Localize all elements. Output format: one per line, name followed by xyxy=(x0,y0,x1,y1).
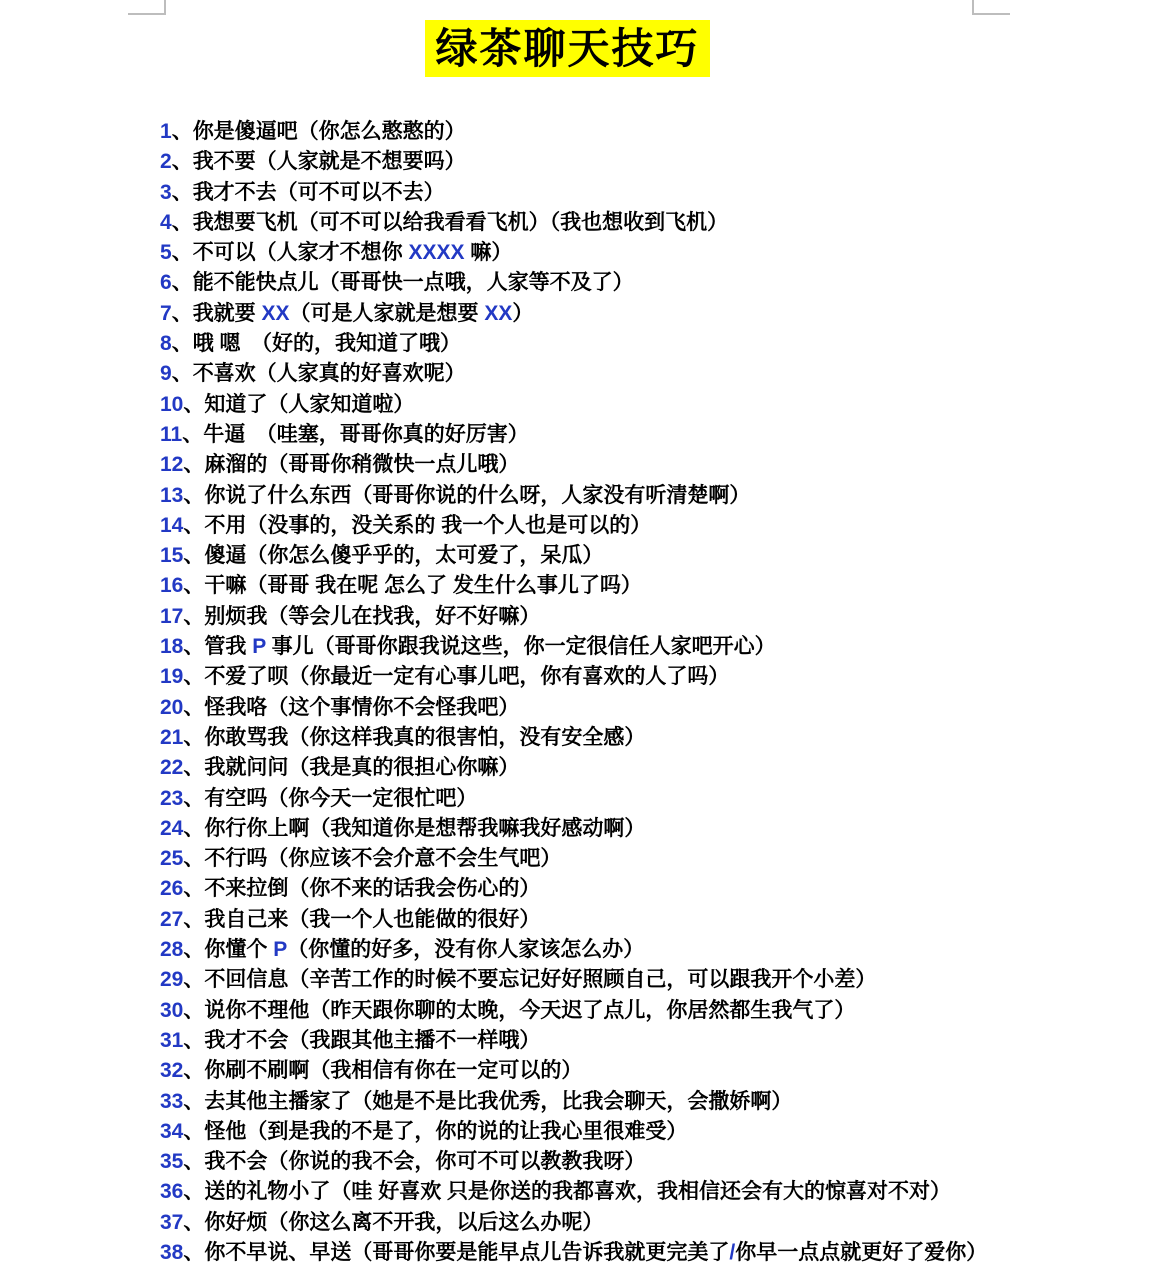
item-number: 9 xyxy=(160,362,172,385)
item-number: 37 xyxy=(160,1211,183,1234)
item-text: 不爱了呗（你最近一定有心事儿吧，你有喜欢的人了吗） xyxy=(204,665,729,688)
item-text: 不行吗（你应该不会介意不会生气吧） xyxy=(204,847,561,870)
list-item: 30、说你不理他（昨天跟你聊的太晚，今天迟了点儿，你居然都生我气了） xyxy=(160,996,1150,1026)
list-item: 26、不来拉倒（你不来的话我会伤心的） xyxy=(160,874,1150,904)
item-text: 你刷不刷啊（我相信有你在一定可以的） xyxy=(204,1059,582,1082)
list-item: 37、你好烦（你这么离不开我，以后这么办呢） xyxy=(160,1208,1150,1238)
item-number-separator: 、 xyxy=(172,181,193,204)
item-number: 6 xyxy=(160,271,172,294)
item-text: 你好烦（你这么离不开我，以后这么办呢） xyxy=(204,1211,603,1234)
item-text: 管我 P 事儿（哥哥你跟我说这些，你一定很信任人家吧开心） xyxy=(204,635,775,658)
item-text: 我自己来（我一个人也能做的很好） xyxy=(204,908,540,931)
item-number: 2 xyxy=(160,150,172,173)
item-text: 傻逼（你怎么傻乎乎的，太可爱了，呆瓜） xyxy=(204,544,603,567)
item-number: 14 xyxy=(160,514,183,537)
item-number-separator: 、 xyxy=(183,999,204,1022)
item-number-separator: 、 xyxy=(183,514,204,537)
item-number-separator: 、 xyxy=(183,696,204,719)
item-number: 5 xyxy=(160,241,172,264)
item-number: 17 xyxy=(160,605,183,628)
list-item: 10、知道了（人家知道啦） xyxy=(160,390,1150,420)
list-item: 8、哦 嗯 （好的，我知道了哦） xyxy=(160,329,1150,359)
list-item: 5、不可以（人家才不想你 XXXX 嘛） xyxy=(160,238,1150,268)
item-text: 哦 嗯 （好的，我知道了哦） xyxy=(193,332,461,355)
list-item: 20、怪我咯（这个事情你不会怪我吧） xyxy=(160,693,1150,723)
item-text: 麻溜的（哥哥你稍微快一点儿哦） xyxy=(204,453,519,476)
item-number-separator: 、 xyxy=(183,393,204,416)
page-margin-mark-right xyxy=(972,0,1010,15)
item-text: 能不能快点儿（哥哥快一点哦，人家等不及了） xyxy=(193,271,634,294)
item-number: 1 xyxy=(160,120,172,143)
item-number-separator: 、 xyxy=(183,787,204,810)
item-text: 怪他（到是我的不是了，你的说的让我心里很难受） xyxy=(204,1120,687,1143)
list-item: 35、我不会（你说的我不会，你可不可以教教我呀） xyxy=(160,1147,1150,1177)
item-number: 4 xyxy=(160,211,172,234)
item-number-separator: 、 xyxy=(183,1211,204,1234)
latin-run: P xyxy=(252,635,266,658)
item-number: 12 xyxy=(160,453,183,476)
item-number-separator: 、 xyxy=(183,605,204,628)
item-number: 30 xyxy=(160,999,183,1022)
item-number: 15 xyxy=(160,544,183,567)
item-text: 我不会（你说的我不会，你可不可以教教我呀） xyxy=(204,1150,645,1173)
item-number-separator: 、 xyxy=(183,847,204,870)
latin-run: P xyxy=(273,938,287,961)
item-number-separator: 、 xyxy=(172,362,193,385)
item-number: 25 xyxy=(160,847,183,870)
item-number: 18 xyxy=(160,635,183,658)
item-text: 说你不理他（昨天跟你聊的太晚，今天迟了点儿，你居然都生我气了） xyxy=(204,999,855,1022)
list-item: 23、有空吗（你今天一定很忙吧） xyxy=(160,784,1150,814)
item-text: 我想要飞机（可不可以给我看看飞机）（我也想收到飞机） xyxy=(193,211,729,234)
list-item: 2、我不要（人家就是不想要吗） xyxy=(160,147,1150,177)
item-number: 19 xyxy=(160,665,183,688)
list-item: 32、你刷不刷啊（我相信有你在一定可以的） xyxy=(160,1056,1150,1086)
list-item: 17、别烦我（等会儿在找我，好不好嘛） xyxy=(160,602,1150,632)
list-item: 31、我才不会（我跟其他主播不一样哦） xyxy=(160,1026,1150,1056)
item-number: 29 xyxy=(160,968,183,991)
item-number: 22 xyxy=(160,756,183,779)
list-item: 12、麻溜的（哥哥你稍微快一点儿哦） xyxy=(160,450,1150,480)
item-number-separator: 、 xyxy=(183,938,204,961)
title-container: 绿茶聊天技巧 xyxy=(163,20,972,77)
list-item: 16、干嘛（哥哥 我在呢 怎么了 发生什么事儿了吗） xyxy=(160,571,1150,601)
item-text: 干嘛（哥哥 我在呢 怎么了 发生什么事儿了吗） xyxy=(204,574,642,597)
document-page: 绿茶聊天技巧 1、你是傻逼吧（你怎么憨憨的）2、我不要（人家就是不想要吗）3、我… xyxy=(0,0,1150,1280)
item-number: 10 xyxy=(160,393,183,416)
item-number-separator: 、 xyxy=(182,423,203,446)
item-number-separator: 、 xyxy=(172,150,193,173)
item-number-separator: 、 xyxy=(172,241,193,264)
item-number-separator: 、 xyxy=(172,302,193,325)
item-number: 13 xyxy=(160,484,183,507)
item-number-separator: 、 xyxy=(183,968,204,991)
latin-run: XXXX xyxy=(409,241,465,264)
item-text: 知道了（人家知道啦） xyxy=(204,393,414,416)
item-number-separator: 、 xyxy=(183,908,204,931)
list-item: 1、你是傻逼吧（你怎么憨憨的） xyxy=(160,117,1150,147)
item-number-separator: 、 xyxy=(172,271,193,294)
item-text: 我就要 XX（可是人家就是想要 XX） xyxy=(193,302,534,325)
page-title: 绿茶聊天技巧 xyxy=(425,20,709,77)
item-number: 32 xyxy=(160,1059,183,1082)
item-number: 28 xyxy=(160,938,183,961)
item-number-separator: 、 xyxy=(183,756,204,779)
item-number-separator: 、 xyxy=(183,1090,204,1113)
item-text: 送的礼物小了（哇 好喜欢 只是你送的我都喜欢，我相信还会有大的惊喜对不对） xyxy=(204,1180,951,1203)
item-number-separator: 、 xyxy=(183,726,204,749)
item-text: 不回信息（辛苦工作的时候不要忘记好好照顾自己，可以跟我开个小差） xyxy=(204,968,876,991)
item-text: 有空吗（你今天一定很忙吧） xyxy=(204,787,477,810)
item-text: 去其他主播家了（她是不是比我优秀，比我会聊天，会撒娇啊） xyxy=(204,1090,792,1113)
item-text: 我就问问（我是真的很担心你嘛） xyxy=(204,756,519,779)
item-text: 牛逼 （哇塞，哥哥你真的好厉害） xyxy=(203,423,529,446)
item-text: 你敢骂我（你这样我真的很害怕，没有安全感） xyxy=(204,726,645,749)
chat-tips-list: 1、你是傻逼吧（你怎么憨憨的）2、我不要（人家就是不想要吗）3、我才不去（可不可… xyxy=(160,117,1150,1268)
list-item: 9、不喜欢（人家真的好喜欢呢） xyxy=(160,359,1150,389)
item-number: 38 xyxy=(160,1241,183,1264)
item-number-separator: 、 xyxy=(183,1241,204,1264)
item-number-separator: 、 xyxy=(183,484,204,507)
list-item: 36、送的礼物小了（哇 好喜欢 只是你送的我都喜欢，我相信还会有大的惊喜对不对） xyxy=(160,1177,1150,1207)
item-number: 36 xyxy=(160,1180,183,1203)
list-item: 15、傻逼（你怎么傻乎乎的，太可爱了，呆瓜） xyxy=(160,541,1150,571)
list-item: 13、你说了什么东西（哥哥你说的什么呀，人家没有听清楚啊） xyxy=(160,481,1150,511)
item-text: 你是傻逼吧（你怎么憨憨的） xyxy=(193,120,466,143)
item-number-separator: 、 xyxy=(183,1150,204,1173)
item-text: 怪我咯（这个事情你不会怪我吧） xyxy=(204,696,519,719)
list-item: 34、怪他（到是我的不是了，你的说的让我心里很难受） xyxy=(160,1117,1150,1147)
item-text: 我才不去（可不可以不去） xyxy=(193,181,445,204)
item-number: 35 xyxy=(160,1150,183,1173)
item-number: 27 xyxy=(160,908,183,931)
item-text: 你说了什么东西（哥哥你说的什么呀，人家没有听清楚啊） xyxy=(204,484,750,507)
item-text: 不用（没事的，没关系的 我一个人也是可以的） xyxy=(204,514,651,537)
item-number: 21 xyxy=(160,726,183,749)
item-text: 不可以（人家才不想你 XXXX 嘛） xyxy=(193,241,513,264)
item-number: 16 xyxy=(160,574,183,597)
item-number-separator: 、 xyxy=(183,817,204,840)
list-item: 29、不回信息（辛苦工作的时候不要忘记好好照顾自己，可以跟我开个小差） xyxy=(160,965,1150,995)
item-number-separator: 、 xyxy=(183,453,204,476)
item-number: 31 xyxy=(160,1029,183,1052)
item-number-separator: 、 xyxy=(172,120,193,143)
list-item: 21、你敢骂我（你这样我真的很害怕，没有安全感） xyxy=(160,723,1150,753)
list-item: 3、我才不去（可不可以不去） xyxy=(160,178,1150,208)
item-number-separator: 、 xyxy=(183,665,204,688)
item-number: 33 xyxy=(160,1090,183,1113)
list-item: 28、你懂个 P（你懂的好多，没有你人家该怎么办） xyxy=(160,935,1150,965)
list-item: 25、不行吗（你应该不会介意不会生气吧） xyxy=(160,844,1150,874)
list-item: 38、你不早说、早送（哥哥你要是能早点儿告诉我就更完美了/你早一点点就更好了爱你… xyxy=(160,1238,1150,1268)
item-text: 不来拉倒（你不来的话我会伤心的） xyxy=(204,877,540,900)
list-item: 22、我就问问（我是真的很担心你嘛） xyxy=(160,753,1150,783)
list-item: 14、不用（没事的，没关系的 我一个人也是可以的） xyxy=(160,511,1150,541)
list-item: 18、管我 P 事儿（哥哥你跟我说这些，你一定很信任人家吧开心） xyxy=(160,632,1150,662)
item-text: 你不早说、早送（哥哥你要是能早点儿告诉我就更完美了/你早一点点就更好了爱你） xyxy=(204,1241,987,1264)
item-number-separator: 、 xyxy=(172,332,193,355)
item-number: 3 xyxy=(160,181,172,204)
latin-run: XX xyxy=(262,302,290,325)
list-item: 11、牛逼 （哇塞，哥哥你真的好厉害） xyxy=(160,420,1150,450)
list-item: 7、我就要 XX（可是人家就是想要 XX） xyxy=(160,299,1150,329)
item-number: 24 xyxy=(160,817,183,840)
list-item: 6、能不能快点儿（哥哥快一点哦，人家等不及了） xyxy=(160,268,1150,298)
item-text: 不喜欢（人家真的好喜欢呢） xyxy=(193,362,466,385)
list-item: 27、我自己来（我一个人也能做的很好） xyxy=(160,905,1150,935)
item-number: 11 xyxy=(160,423,182,446)
item-number: 26 xyxy=(160,877,183,900)
item-number-separator: 、 xyxy=(183,1120,204,1143)
item-text: 你懂个 P（你懂的好多，没有你人家该怎么办） xyxy=(204,938,644,961)
item-text: 我不要（人家就是不想要吗） xyxy=(193,150,466,173)
item-number-separator: 、 xyxy=(183,1180,204,1203)
item-number: 8 xyxy=(160,332,172,355)
item-number-separator: 、 xyxy=(172,211,193,234)
list-item: 4、我想要飞机（可不可以给我看看飞机）（我也想收到飞机） xyxy=(160,208,1150,238)
item-number: 7 xyxy=(160,302,172,325)
list-item: 19、不爱了呗（你最近一定有心事儿吧，你有喜欢的人了吗） xyxy=(160,662,1150,692)
item-number-separator: 、 xyxy=(183,877,204,900)
item-number-separator: 、 xyxy=(183,1029,204,1052)
item-number-separator: 、 xyxy=(183,574,204,597)
item-number-separator: 、 xyxy=(183,1059,204,1082)
item-number-separator: 、 xyxy=(183,544,204,567)
latin-run: XX xyxy=(484,302,512,325)
page-margin-mark-left xyxy=(128,0,166,15)
list-item: 24、你行你上啊（我知道你是想帮我嘛我好感动啊） xyxy=(160,814,1150,844)
list-item: 33、去其他主播家了（她是不是比我优秀，比我会聊天，会撒娇啊） xyxy=(160,1087,1150,1117)
item-text: 你行你上啊（我知道你是想帮我嘛我好感动啊） xyxy=(204,817,645,840)
item-number-separator: 、 xyxy=(183,635,204,658)
item-text: 我才不会（我跟其他主播不一样哦） xyxy=(204,1029,540,1052)
item-number: 34 xyxy=(160,1120,183,1143)
item-number: 23 xyxy=(160,787,183,810)
item-text: 别烦我（等会儿在找我，好不好嘛） xyxy=(204,605,540,628)
item-number: 20 xyxy=(160,696,183,719)
